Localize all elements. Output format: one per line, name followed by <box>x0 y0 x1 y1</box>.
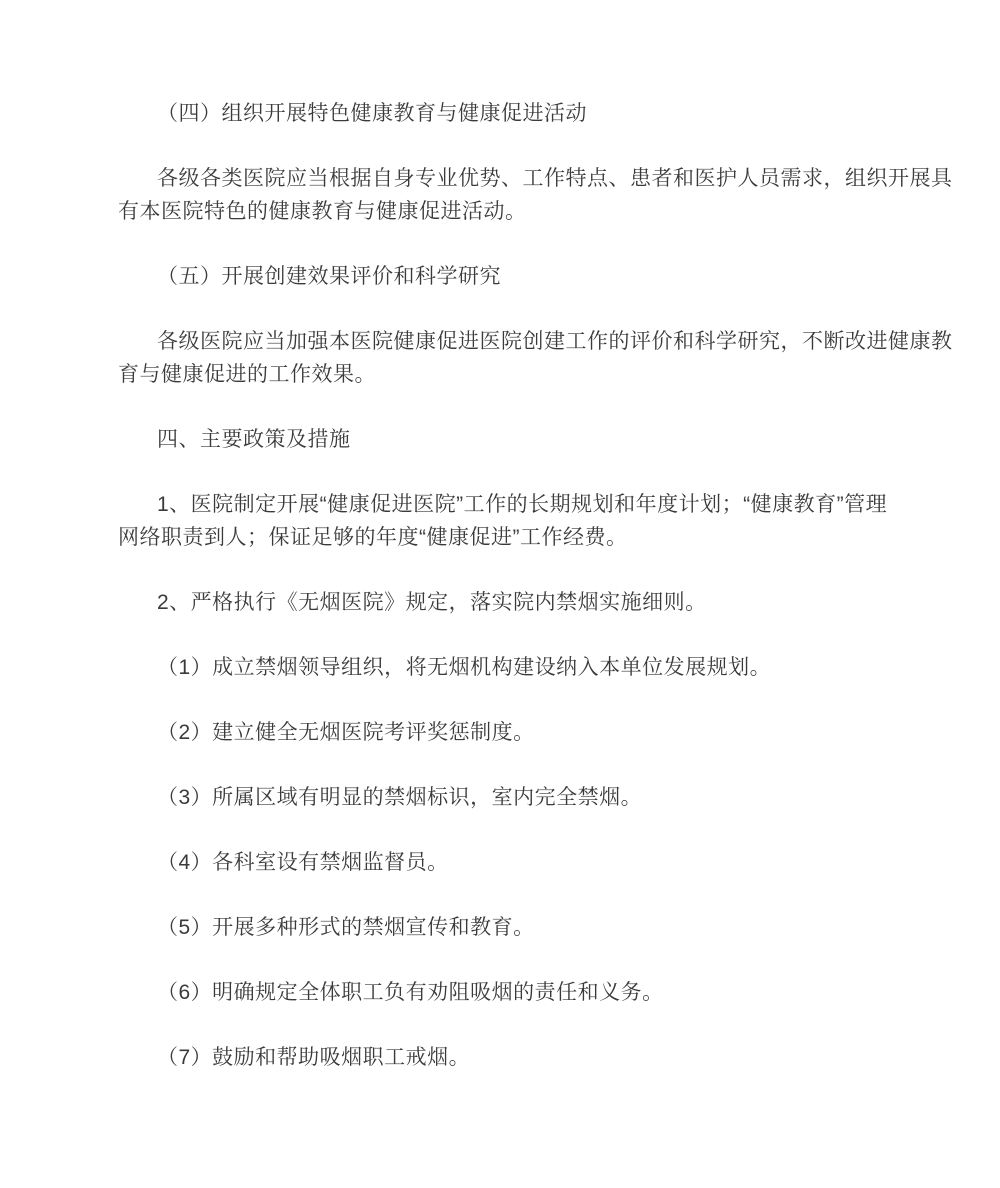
text-line: 各级各类医院应当根据自身专业优势、工作特点、患者和医护人员需求，组织开展具 <box>118 162 920 195</box>
list-item: （1）成立禁烟领导组织，将无烟机构建设纳入本单位发展规划。 <box>118 651 920 684</box>
list-item: （7）鼓励和帮助吸烟职工戒烟。 <box>118 1041 920 1074</box>
text-line: 四、主要政策及措施 <box>118 423 920 456</box>
text-line: 各级医院应当加强本医院健康促进医院创建工作的评价和科学研究，不断改进健康教 <box>118 325 920 358</box>
text-line: 1、医院制定开展“健康促进医院”工作的长期规划和年度计划；“健康教育”管理 <box>118 488 920 521</box>
text-line: （五）开展创建效果评价和科学研究 <box>118 260 920 293</box>
text-line: 育与健康促进的工作效果。 <box>118 358 920 391</box>
paragraph: 1、医院制定开展“健康促进医院”工作的长期规划和年度计划；“健康教育”管理 网络… <box>118 488 920 554</box>
text-line: （6）明确规定全体职工负有劝阻吸烟的责任和义务。 <box>118 976 920 1009</box>
section-heading-4: （四）组织开展特色健康教育与健康促进活动 <box>118 97 920 130</box>
paragraph: 各级医院应当加强本医院健康促进医院创建工作的评价和科学研究，不断改进健康教 育与… <box>118 325 920 391</box>
text-line: （3）所属区域有明显的禁烟标识，室内完全禁烟。 <box>118 781 920 814</box>
text-line: （4）各科室设有禁烟监督员。 <box>118 846 920 879</box>
list-item: （4）各科室设有禁烟监督员。 <box>118 846 920 879</box>
text-line: （5）开展多种形式的禁烟宣传和教育。 <box>118 911 920 944</box>
text-line: （2）建立健全无烟医院考评奖惩制度。 <box>118 716 920 749</box>
list-item: （3）所属区域有明显的禁烟标识，室内完全禁烟。 <box>118 781 920 814</box>
text-line: （四）组织开展特色健康教育与健康促进活动 <box>118 97 920 130</box>
list-item: （6）明确规定全体职工负有劝阻吸烟的责任和义务。 <box>118 976 920 1009</box>
chapter-heading: 四、主要政策及措施 <box>118 423 920 456</box>
text-line: 2、严格执行《无烟医院》规定，落实院内禁烟实施细则。 <box>118 586 920 619</box>
text-line: 有本医院特色的健康教育与健康促进活动。 <box>118 195 920 228</box>
text-line: （7）鼓励和帮助吸烟职工戒烟。 <box>118 1041 920 1074</box>
text-line: （1）成立禁烟领导组织，将无烟机构建设纳入本单位发展规划。 <box>118 651 920 684</box>
paragraph: 各级各类医院应当根据自身专业优势、工作特点、患者和医护人员需求，组织开展具 有本… <box>118 162 920 228</box>
list-item: （5）开展多种形式的禁烟宣传和教育。 <box>118 911 920 944</box>
paragraph: 2、严格执行《无烟医院》规定，落实院内禁烟实施细则。 <box>118 586 920 619</box>
list-item: （2）建立健全无烟医院考评奖惩制度。 <box>118 716 920 749</box>
section-heading-5: （五）开展创建效果评价和科学研究 <box>118 260 920 293</box>
document-page: （四）组织开展特色健康教育与健康促进活动 各级各类医院应当根据自身专业优势、工作… <box>0 0 1000 1188</box>
text-line: 网络职责到人；保证足够的年度“健康促进”工作经费。 <box>118 521 920 554</box>
